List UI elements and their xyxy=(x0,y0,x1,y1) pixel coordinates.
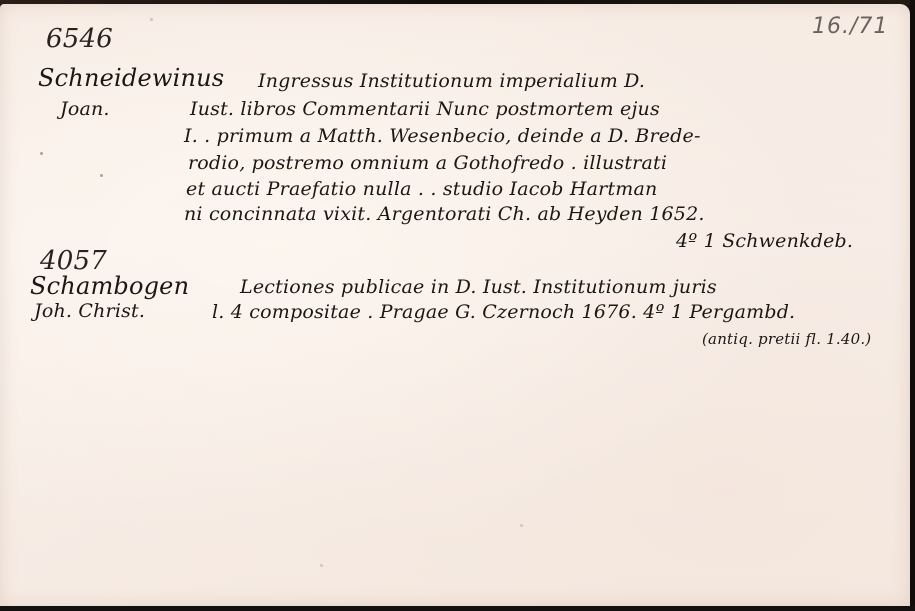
entry-title-line: Iust. libros Commentarii Nunc postmortem… xyxy=(190,98,660,120)
entry-title-line: l. 4 compositae . Pragae G. Czernoch 167… xyxy=(212,301,795,323)
entry-author-forename: Joan. xyxy=(60,98,110,120)
entry-title-line: Ingressus Institutionum imperialium D. xyxy=(258,70,645,92)
paper-speck xyxy=(150,18,153,21)
entry-title-line: et aucti Praefatio nulla . . studio Iaco… xyxy=(186,178,657,200)
entry-author-surname: Schneidewinus xyxy=(38,64,224,92)
catalog-card: 16./71 6546 Schneidewinus Joan. Ingressu… xyxy=(0,4,910,606)
entry-author-surname: Schambogen xyxy=(30,272,189,300)
paper-speck xyxy=(320,564,323,567)
paper-speck xyxy=(40,152,43,155)
entry-title-line: ni concinnata vixit. Argentorati Ch. ab … xyxy=(184,203,705,225)
shelfmark: 16./71 xyxy=(812,14,888,39)
entry-number: 6546 xyxy=(46,24,113,54)
entry-author-forename: Joh. Christ. xyxy=(34,300,145,322)
paper-speck xyxy=(100,174,103,177)
paper-speck xyxy=(520,524,523,527)
entry-price-note: (antiq. pretii fl. 1.40.) xyxy=(702,330,871,348)
card-bottom-edge xyxy=(0,606,915,611)
card-right-edge xyxy=(910,0,915,611)
entry-title-line: I. . primum a Matth. Wesenbecio, deinde … xyxy=(184,125,701,147)
entry-title-line: rodio, postremo omnium a Gothofredo . il… xyxy=(188,152,667,174)
entry-format-note: 4º 1 Schwenkdeb. xyxy=(676,230,853,252)
entry-title-line: Lectiones publicae in D. Iust. Instituti… xyxy=(240,276,717,298)
